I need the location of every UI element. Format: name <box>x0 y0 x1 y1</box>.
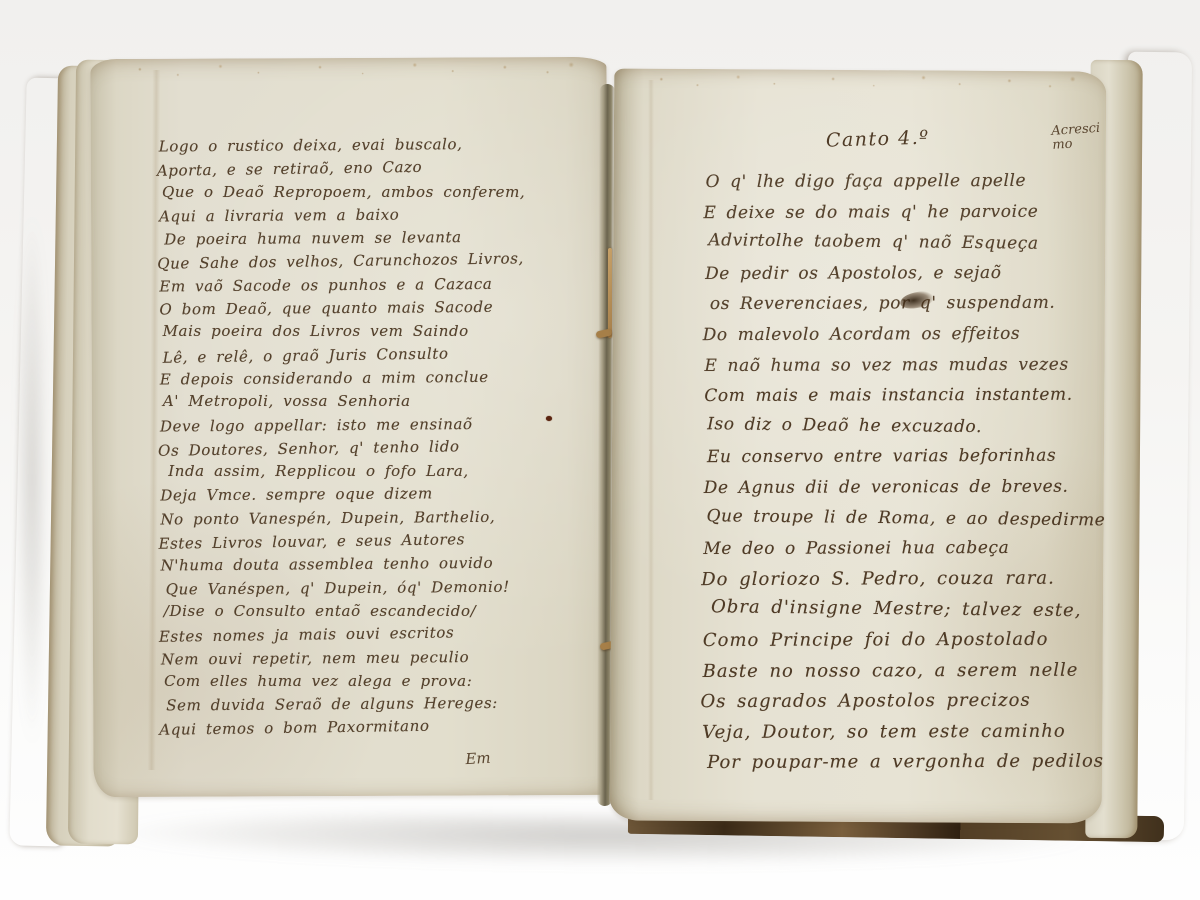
manuscript-line: O bom Deaõ, que quanto mais Sacode <box>159 296 526 322</box>
corner-annotation: Acresci mo <box>1051 122 1101 153</box>
manuscript-line: Com mais e mais instancia instantem. <box>704 380 1106 412</box>
manuscript-line: Os Doutores, Senhor, q' tenho lido <box>158 434 525 463</box>
manuscript-line: O q' lhe digo faça appelle apelle <box>706 166 1108 198</box>
manuscript-line: Em vaõ Sacode os punhos e a Cazaca <box>159 272 526 298</box>
manuscript-line: Baste no nosso cazo, a serem nelle <box>703 655 1105 687</box>
manuscript-line: Com elles huma vez alega e prova: <box>164 670 531 693</box>
canto-title: Canto 4.º <box>826 127 930 152</box>
manuscript-line: Advirtolhe taobem q' naõ Esqueça <box>708 225 1110 260</box>
manuscript-line: Inda assim, Repplicou o fofo Lara, <box>168 460 530 483</box>
manuscript-line: Estes nomes ja mais ouvi escritos <box>159 621 526 650</box>
manuscript-line: Por poupar-me a vergonha de pedilos <box>707 747 1104 779</box>
manuscript-line: Do gloriozo S. Pedro, couza rara. <box>701 563 1103 595</box>
manuscript-line: Que o Deaõ Repropoem, ambos conferem, <box>162 181 529 204</box>
right-page-text: O q' lhe digo faça appelle apelle E deix… <box>702 165 1108 779</box>
manuscript-line: E naõ huma so vez mas mudas vezes <box>704 349 1106 381</box>
manuscript-line: Do malevolo Acordam os effeitos <box>703 318 1105 350</box>
manuscript-line: Obra d'insigne Mestre; talvez este, <box>711 593 1108 628</box>
left-page: Logo o rustico deixa, evai buscalo, Apor… <box>90 57 609 797</box>
manuscript-line: Veja, Doutor, so tem este caminho <box>702 716 1104 748</box>
manuscript-line: Que troupe li de Roma, e ao despedirme <box>706 501 1108 536</box>
manuscript-line: Aporta, e se retiraõ, eno Cazo <box>157 155 524 184</box>
right-page: Canto 4.º Acresci mo O q' lhe digo faça … <box>610 69 1107 824</box>
manuscript-line: Deja Vmce. sempre oque dizem <box>160 482 527 508</box>
manuscript-line: Iso diz o Deaõ he excuzado. <box>707 409 1109 444</box>
manuscript-line: Como Principe foi do Apostolado <box>703 624 1105 656</box>
foxing-spots <box>111 57 586 85</box>
manuscript-line: E depois considerando a mim conclue <box>160 366 527 392</box>
manuscript-line: Mais poeira dos Livros vem Saindo <box>163 320 530 343</box>
manuscript-line: Aqui a livraria vem a baixo <box>159 202 526 228</box>
manuscript-line: De pedir os Apostolos, e sejaõ <box>705 257 1107 289</box>
page-crease <box>648 80 654 800</box>
manuscript-line: /Dise o Consulto entaõ escandecido/ <box>164 600 531 623</box>
manuscript-line: Nem ouvi repetir, nem meu peculio <box>161 645 528 671</box>
manuscript-line: Aqui temos o bom Paxormitano <box>159 714 526 743</box>
manuscript-line: E deixe se do mais q' he parvoice <box>703 196 1105 228</box>
manuscript-line: De Agnus dii de veronicas de breves. <box>704 472 1106 504</box>
left-page-text: Logo o rustico deixa, evai buscalo, Apor… <box>159 133 528 740</box>
manuscript-line: N'huma douta assemblea tenho ouvido <box>161 552 528 578</box>
red-stain-dot <box>546 416 552 421</box>
manuscript-line: Que Vanéspen, q' Dupein, óq' Demonio! <box>166 575 528 601</box>
manuscript-line: Eu conservo entre varias beforinhas <box>707 441 1104 473</box>
foxing-spots <box>634 69 1087 98</box>
stitching-twine <box>608 248 612 338</box>
manuscript-line: Os sagrados Apostolos precizos <box>700 686 1102 718</box>
corner-annotation-line: mo <box>1052 136 1101 153</box>
manuscript-line: Me deo o Passionei hua cabeça <box>703 533 1105 565</box>
manuscript-photo: Logo o rustico deixa, evai buscalo, Apor… <box>0 0 1200 900</box>
catchword: Em <box>465 749 491 768</box>
manuscript-line: A' Metropoli, vossa Senhoria <box>163 390 530 413</box>
